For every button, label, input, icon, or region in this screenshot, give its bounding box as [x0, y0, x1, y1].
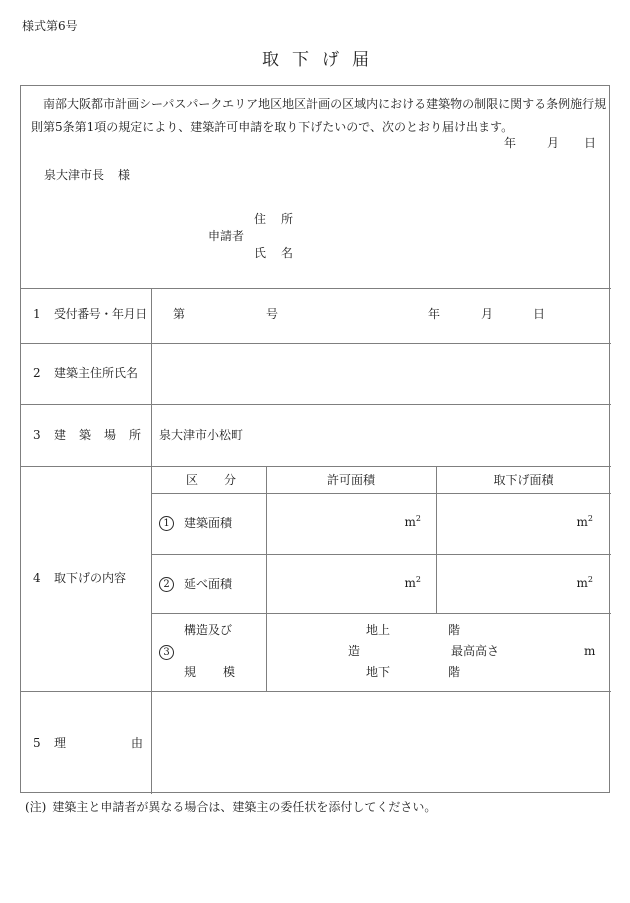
addressee-name: 泉大津市長	[44, 168, 104, 182]
footnote-prefix: (注)	[25, 800, 46, 814]
unit-exp: 2	[416, 514, 421, 523]
item3-name-line2: 規模	[184, 666, 262, 678]
row-divider	[21, 691, 611, 692]
unit-base: m	[405, 515, 416, 529]
unit-exp: 2	[588, 575, 593, 584]
header-withdrawal-area: 取下げ面積	[436, 474, 611, 486]
date-year-label: 年	[504, 137, 516, 149]
item1-withdrawal-unit: m2	[436, 516, 593, 528]
below-ground-label: 地下	[366, 666, 390, 678]
form-table: 南部大阪都市計画シーパスパークエリア地区地区計画の区域内における建築物の制限に関…	[20, 85, 610, 793]
row2-label: 建築主住所氏名	[54, 367, 138, 379]
footnote-text: 建築主と申請者が異なる場合は、建築主の委任状を添付してください。	[52, 800, 436, 814]
header-category: 区分	[186, 474, 262, 486]
applicant-name-label: 氏名	[254, 247, 308, 259]
receipt-number-prefix: 第	[173, 308, 185, 320]
structure-suffix: 造	[348, 645, 360, 657]
form-number: 様式第6号	[22, 20, 78, 32]
row2-number: 2	[33, 367, 41, 379]
intro-paragraph: 南部大阪都市計画シーパスパークエリア地区地区計画の区域内における建築物の制限に関…	[31, 93, 609, 139]
receipt-month-label: 月	[481, 308, 493, 320]
footnote: (注)建築主と申請者が異なる場合は、建築主の委任状を添付してください。	[25, 801, 436, 813]
row1-number: 1	[33, 308, 41, 320]
receipt-number-suffix: 号	[266, 308, 278, 320]
date-day-label: 日	[584, 137, 596, 149]
above-ground-label: 地上	[366, 624, 390, 636]
circled-number-2: 2	[159, 577, 174, 592]
applicant-label: 申請者	[208, 230, 244, 242]
row5-number: 5	[33, 737, 41, 749]
unit-exp: 2	[588, 514, 593, 523]
subrow-divider	[151, 554, 611, 555]
unit-base: m	[405, 576, 416, 590]
unit-exp: 2	[416, 575, 421, 584]
unit-base: m	[577, 515, 588, 529]
subrow-divider	[151, 493, 611, 494]
row5-label: 理由	[54, 737, 208, 749]
row-divider	[21, 288, 611, 289]
page-title: 取下げ届	[262, 52, 382, 69]
document-page: 様式第6号 取下げ届 南部大阪都市計画シーパスパークエリア地区地区計画の区域内に…	[0, 0, 630, 903]
row-divider	[21, 404, 611, 405]
row4-label: 取下げの内容	[54, 572, 126, 584]
row-divider	[21, 466, 611, 467]
row1-label: 受付番号・年月日	[54, 308, 147, 320]
row3-value: 泉大津市小松町	[159, 429, 243, 441]
below-ground-unit: 階	[448, 666, 460, 678]
row3-label: 建築場所	[54, 429, 154, 441]
date-month-label: 月	[547, 137, 559, 149]
row-divider	[21, 343, 611, 344]
header-permit-area: 許可面積	[266, 474, 436, 486]
item3-name-line1: 構造及び	[184, 624, 232, 636]
label-column-divider	[151, 288, 152, 794]
above-ground-unit: 階	[448, 624, 460, 636]
subrow-divider	[151, 613, 611, 614]
circled-number-1: 1	[159, 516, 174, 531]
row3-number: 3	[33, 429, 41, 441]
unit-base: m	[577, 576, 588, 590]
receipt-day-label: 日	[533, 308, 545, 320]
item2-withdrawal-unit: m2	[436, 577, 593, 589]
item2-permit-unit: m2	[266, 577, 421, 589]
area-column-divider	[436, 466, 437, 613]
circled-number-3: 3	[159, 645, 174, 660]
max-height-label: 最高高さ	[451, 645, 499, 657]
item1-name: 建築面積	[184, 517, 232, 529]
item2-name: 延べ面積	[184, 578, 232, 590]
item1-permit-unit: m2	[266, 516, 421, 528]
applicant-address-label: 住所	[254, 213, 308, 225]
addressee-honorific: 様	[118, 168, 130, 182]
row4-number: 4	[33, 572, 41, 584]
max-height-unit: m	[584, 645, 595, 657]
receipt-year-label: 年	[428, 308, 440, 320]
addressee-line: 泉大津市長様	[44, 169, 130, 181]
